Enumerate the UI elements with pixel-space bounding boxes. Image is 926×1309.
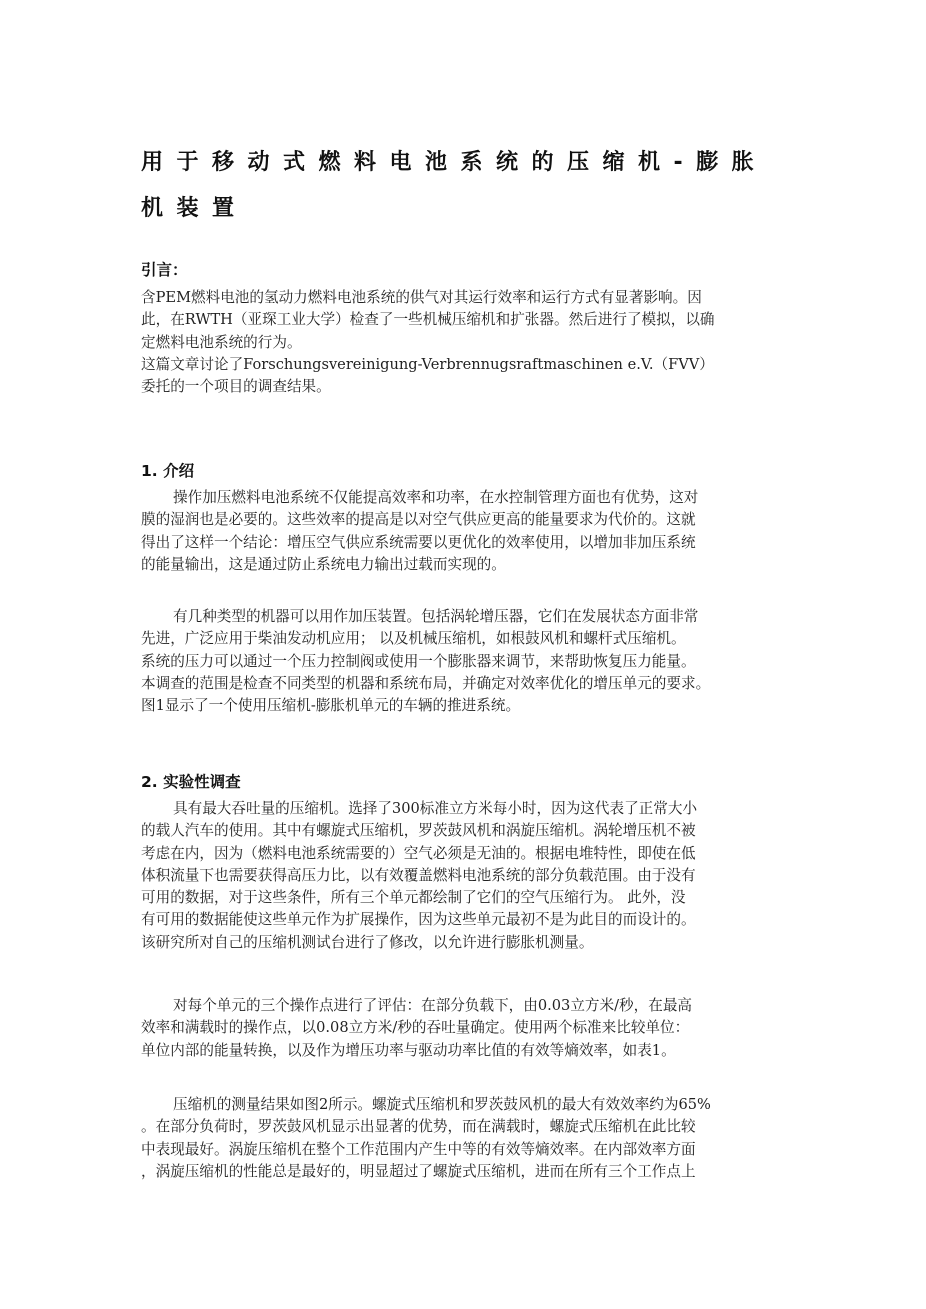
text-line: 系统的压力可以通过一个压力控制阀或使用一个膨胀器来调节，来帮助恢复压力能量。 — [141, 651, 806, 673]
section-2-heading: 2. 实验性调查 — [141, 770, 241, 792]
text-line: 含PEM燃料电池的氢动力燃料电池系统的供气对其运行效率和运行方式有显著影响。因 — [141, 287, 806, 309]
text-line: 中表现最好。涡旋压缩机在整个工作范围内产生中等的有效等熵效率。在内部效率方面 — [141, 1139, 806, 1161]
text-line: ，涡旋压缩机的性能总是最好的，明显超过了螺旋式压缩机，进而在所有三个工作点上 — [141, 1161, 806, 1183]
text-line: 单位内部的能量转换，以及作为增压功率与驱动功率比值的有效等熵效率，如表1。 — [141, 1040, 806, 1062]
text-line: 的能量输出，这是通过防止系统电力输出过载而实现的。 — [141, 554, 806, 576]
section-2-paragraph-3: 压缩机的测量结果如图2所示。螺旋式压缩机和罗茨鼓风机的最大有效效率约为65% 。… — [141, 1094, 806, 1183]
text-line: 体积流量下也需要获得高压力比，以有效覆盖燃料电池系统的部分负载范围。由于没有 — [141, 865, 806, 887]
section-2-paragraph-1: 具有最大吞吐量的压缩机。选择了300标准立方米每小时，因为这代表了正常大小 的载… — [141, 798, 806, 954]
text-line: 有可用的数据能使这些单元作为扩展操作，因为这些单元最初不是为此目的而设计的。 — [141, 909, 806, 931]
title-line-1: 用于移动式燃料电池系统的压缩机-膨胀 — [141, 140, 801, 186]
text-line: 得出了这样一个结论：增压空气供应系统需要以更优化的效率使用，以增加非加压系统 — [141, 532, 806, 554]
text-line: 具有最大吞吐量的压缩机。选择了300标准立方米每小时，因为这代表了正常大小 — [141, 798, 806, 820]
text-line: 该研究所对自己的压缩机测试台进行了修改，以允许进行膨胀机测量。 — [141, 932, 806, 954]
abstract-heading: 引言： — [141, 258, 188, 280]
abstract-paragraph: 含PEM燃料电池的氢动力燃料电池系统的供气对其运行效率和运行方式有显著影响。因 … — [141, 287, 806, 398]
text-line: 的载人汽车的使用。其中有螺旋式压缩机，罗茨鼓风机和涡旋压缩机。涡轮增压机不被 — [141, 820, 806, 842]
text-line: 先进，广泛应用于柴油发动机应用； 以及机械压缩机，如根鼓风机和螺杆式压缩机。 — [141, 628, 806, 650]
text-line: 此，在RWTH（亚琛工业大学）检查了一些机械压缩机和扩张器。然后进行了模拟，以确 — [141, 309, 806, 331]
text-line: 可用的数据，对于这些条件，所有三个单元都绘制了它们的空气压缩行为。 此外，没 — [141, 887, 806, 909]
text-line: 本调查的范围是检查不同类型的机器和系统布局，并确定对效率优化的增压单元的要求。 — [141, 673, 806, 695]
text-line: 定燃料电池系统的行为。 — [141, 332, 806, 354]
text-line: 对每个单元的三个操作点进行了评估：在部分负载下，由0.03立方米/秒，在最高 — [141, 995, 806, 1017]
text-line: 这篇文章讨论了Forschungsvereinigung-Verbrennugs… — [141, 354, 806, 376]
document-title: 用于移动式燃料电池系统的压缩机-膨胀 机装置 — [141, 140, 801, 232]
text-line: 效率和满载时的操作点，以0.08立方米/秒的吞吐量确定。使用两个标准来比较单位： — [141, 1017, 806, 1039]
text-line: 有几种类型的机器可以用作加压装置。包括涡轮增压器，它们在发展状态方面非常 — [141, 606, 806, 628]
text-line: 考虑在内，因为（燃料电池系统需要的）空气必须是无油的。根据电堆特性，即使在低 — [141, 843, 806, 865]
section-2-paragraph-2: 对每个单元的三个操作点进行了评估：在部分负载下，由0.03立方米/秒，在最高 效… — [141, 995, 806, 1062]
section-1-paragraph-2: 有几种类型的机器可以用作加压装置。包括涡轮增压器，它们在发展状态方面非常 先进，… — [141, 606, 806, 717]
text-line: 图1显示了一个使用压缩机-膨胀机单元的车辆的推进系统。 — [141, 695, 806, 717]
text-line: 操作加压燃料电池系统不仅能提高效率和功率，在水控制管理方面也有优势，这对 — [141, 487, 806, 509]
text-line: 委托的一个项目的调查结果。 — [141, 376, 806, 398]
section-1-paragraph-1: 操作加压燃料电池系统不仅能提高效率和功率，在水控制管理方面也有优势，这对 膜的湿… — [141, 487, 806, 576]
title-line-2: 机装置 — [141, 186, 801, 232]
section-1-heading: 1. 介绍 — [141, 459, 194, 481]
text-line: 压缩机的测量结果如图2所示。螺旋式压缩机和罗茨鼓风机的最大有效效率约为65% — [141, 1094, 806, 1116]
text-line: 。在部分负荷时，罗茨鼓风机显示出显著的优势，而在满载时，螺旋式压缩机在此比较 — [141, 1116, 806, 1138]
text-line: 膜的湿润也是必要的。这些效率的提高是以对空气供应更高的能量要求为代价的。这就 — [141, 509, 806, 531]
